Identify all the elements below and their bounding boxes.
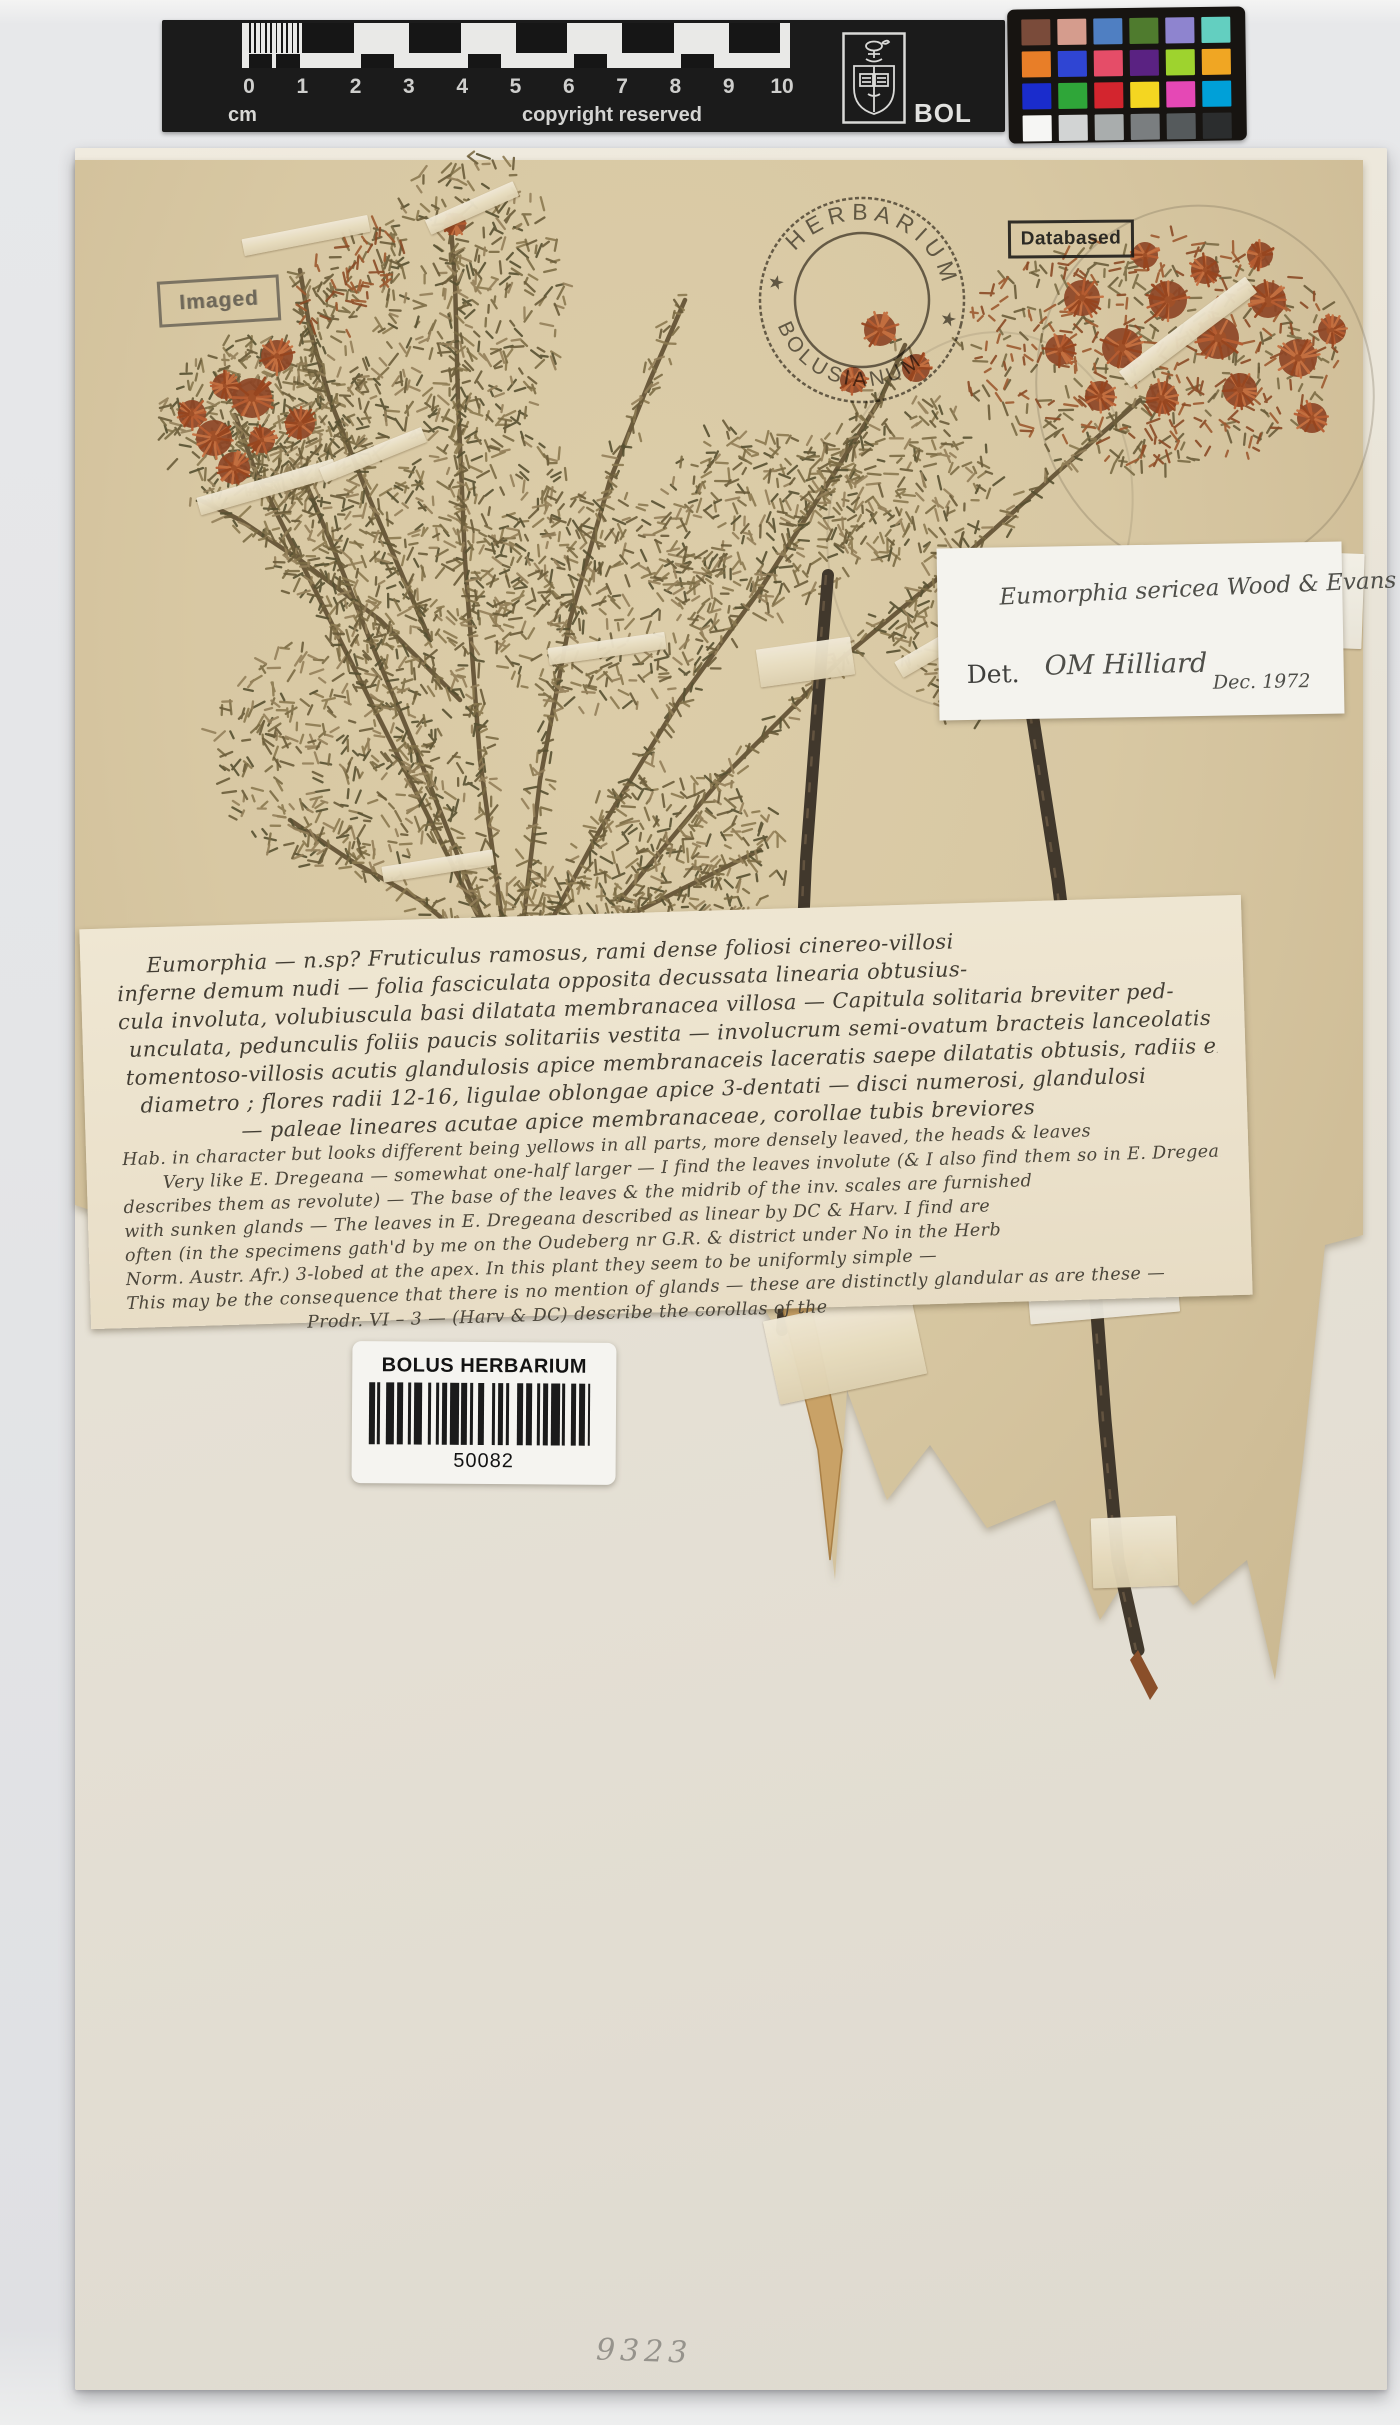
mm-tick — [249, 23, 251, 53]
color-patch — [1057, 19, 1086, 45]
scale-number: 5 — [501, 75, 531, 99]
barcode-icon — [369, 1382, 599, 1446]
mm-tick — [254, 23, 256, 53]
color-patch — [1201, 17, 1230, 43]
color-patch — [1166, 81, 1195, 107]
mm-tick — [281, 23, 283, 53]
determiner-name: OM Hilliard — [1044, 648, 1207, 682]
scale-block — [361, 54, 394, 68]
scale-block — [468, 54, 501, 68]
color-patch — [1165, 17, 1194, 43]
scale-block — [409, 23, 461, 53]
barcode-gap — [590, 1384, 599, 1446]
barcode-label: BOLUS HERBARIUM 50082 — [352, 1341, 617, 1485]
det-prefix: Det. — [966, 659, 1019, 689]
scale-block — [249, 54, 272, 68]
scale-number: 0 — [234, 75, 264, 99]
scale-number: 1 — [287, 75, 317, 99]
databased-stamp: Databased — [1008, 219, 1134, 258]
imaged-stamp: Imaged — [157, 274, 282, 327]
color-patch — [1166, 49, 1195, 75]
scale-number: 9 — [714, 75, 744, 99]
scale-block — [681, 54, 714, 68]
mm-tick — [276, 23, 278, 53]
mm-tick — [286, 23, 288, 53]
mm-tick — [302, 23, 304, 53]
mm-tick — [270, 23, 272, 53]
scale-number: 8 — [660, 75, 690, 99]
university-shield-icon — [842, 32, 906, 124]
scale-block — [729, 23, 781, 53]
barcode-number: 50082 — [352, 1449, 616, 1474]
institution-code: BOL — [914, 98, 972, 129]
imaged-stamp-text: Imaged — [179, 287, 260, 316]
color-patch — [1022, 83, 1051, 109]
cm-scale-strip — [242, 23, 790, 68]
databased-stamp-text: Databased — [1021, 228, 1122, 251]
color-patch — [1094, 82, 1123, 108]
scale-block — [276, 54, 300, 68]
scale-block — [574, 54, 607, 68]
color-patch — [1022, 51, 1051, 77]
color-patch — [1059, 115, 1088, 141]
color-patch — [1203, 113, 1232, 139]
photo-scale-bar: 012345678910 cm copyright reserved BOL — [162, 20, 1005, 132]
scale-number: 6 — [554, 75, 584, 99]
branch — [200, 500, 460, 700]
mm-tick — [292, 23, 294, 53]
color-checker-card — [1007, 6, 1247, 143]
det-date: Dec. 1972 — [1213, 670, 1311, 694]
color-patch — [1093, 18, 1122, 44]
color-patch — [1023, 115, 1052, 141]
color-patch — [1130, 82, 1159, 108]
scale-number: 10 — [767, 75, 797, 99]
cm-unit-label: cm — [228, 104, 257, 127]
mounting-tape — [1090, 1516, 1177, 1589]
stamp-star-left: ★ — [765, 271, 787, 296]
barcode-title: BOLUS HERBARIUM — [352, 1354, 616, 1379]
color-patch — [1058, 51, 1087, 77]
twig-broken-tip — [1130, 1650, 1158, 1700]
scale-block — [302, 23, 354, 53]
color-patch — [1058, 83, 1087, 109]
mm-tick — [297, 23, 299, 53]
scale-block — [516, 23, 568, 53]
color-patch — [1131, 114, 1160, 140]
color-patch — [1094, 50, 1123, 76]
scale-number: 4 — [447, 75, 477, 99]
mm-tick — [260, 23, 262, 53]
stamp-star-right: ★ — [937, 308, 959, 333]
handwritten-notes-label: Eumorphia — n.sp? Fruticulus ramosus, ra… — [79, 895, 1252, 1329]
copyright-text: copyright reserved — [462, 104, 762, 127]
color-patch — [1095, 114, 1124, 140]
color-patch — [1202, 81, 1231, 107]
pencil-accession-number: 9323 — [595, 2332, 693, 2370]
color-patch — [1129, 18, 1158, 44]
color-patch — [1021, 19, 1050, 45]
svg-text:BOLUSIANUM: BOLUSIANUM — [762, 314, 931, 409]
mm-tick — [265, 23, 267, 53]
color-patch — [1202, 49, 1231, 75]
scale-number: 2 — [341, 75, 371, 99]
determination-label: Eumorphia sericea Wood & Evans Det. OM H… — [937, 541, 1345, 720]
color-patch — [1130, 50, 1159, 76]
scale-number: 3 — [394, 75, 424, 99]
scale-block — [622, 23, 674, 53]
scale-number: 7 — [607, 75, 637, 99]
color-patch — [1167, 113, 1196, 139]
species-name: Eumorphia sericea Wood & Evans — [999, 567, 1397, 610]
